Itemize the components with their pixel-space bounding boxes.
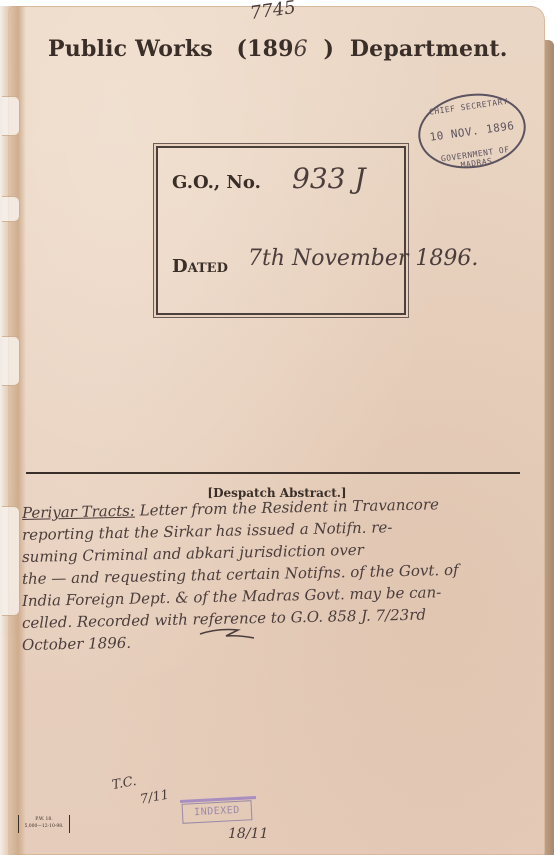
header-prefix: Public Works — [48, 36, 213, 62]
divider-rule — [26, 472, 520, 474]
go-number-value: 933 J — [292, 162, 366, 195]
abstract-subject: Periyar Tracts: — [22, 502, 135, 522]
form-reference: P.W. 18. 5,000—12-10-98. — [18, 815, 70, 833]
indexed-number: 18/11 — [228, 826, 268, 842]
document-page: Public Works (1896 ) Department. 7745 CH… — [0, 0, 554, 855]
header-year-open: (189 — [236, 36, 293, 62]
torn-left-edge — [0, 6, 26, 855]
signature-flourish-icon — [198, 626, 258, 642]
header-year-close: ) — [324, 36, 335, 62]
dated-label: Dated — [172, 256, 228, 277]
torn-flap — [2, 506, 20, 616]
torn-flap — [2, 196, 20, 222]
go-box: G.O., No. 933 J Dated 7th November 1896. — [156, 146, 406, 315]
indexed-stamp: INDEXED — [182, 800, 253, 824]
abstract-body: Periyar Tracts: Letter from the Resident… — [22, 502, 522, 656]
form-ref-line1: P.W. 18. — [19, 816, 69, 823]
torn-flap — [2, 96, 20, 136]
header-suffix: Department. — [350, 36, 508, 62]
dated-value: 7th November 1896. — [248, 246, 478, 271]
department-header: Public Works (1896 ) Department. — [48, 36, 528, 62]
header-year-handwritten: 6 — [294, 37, 308, 62]
torn-flap — [2, 336, 20, 386]
go-number-label: G.O., No. — [172, 172, 261, 193]
stamp-date: 10 NOV. 1896 — [420, 118, 525, 145]
form-ref-line2: 5,000—12-10-98. — [19, 823, 69, 830]
